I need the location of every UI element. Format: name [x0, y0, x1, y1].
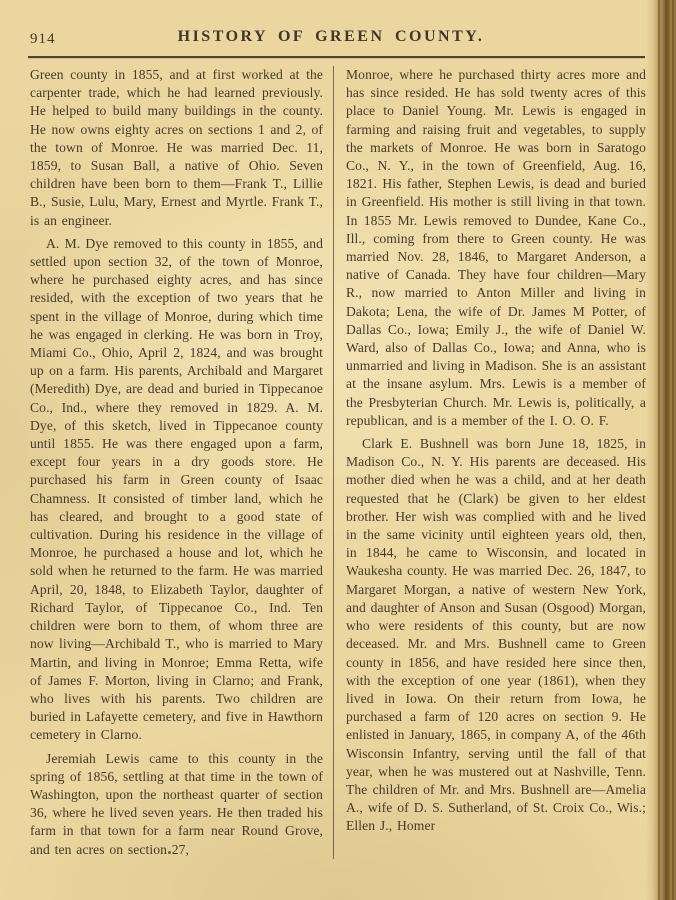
ink-speck: [168, 851, 171, 854]
book-page: 914 HISTORY OF GREEN COUNTY. Green count…: [0, 0, 676, 900]
running-header: 914 HISTORY OF GREEN COUNTY.: [30, 28, 632, 50]
right-column: Monroe, where he purchased thirty acres …: [334, 66, 646, 859]
text-columns: Green county in 1855, and at first worke…: [30, 66, 646, 859]
page-edge-line: [658, 0, 660, 900]
paragraph: Jeremiah Lewis came to this county in th…: [30, 750, 323, 859]
left-column: Green county in 1855, and at first worke…: [30, 66, 334, 859]
paragraph: A. M. Dye removed to this county in 1855…: [30, 235, 323, 745]
paragraph: Monroe, where he purchased thirty acres …: [346, 66, 646, 430]
header-rule: [28, 56, 645, 58]
paragraph: Clark E. Bushnell was born June 18, 1825…: [346, 435, 646, 835]
paragraph: Green county in 1855, and at first worke…: [30, 66, 323, 230]
running-header-title: HISTORY OF GREEN COUNTY.: [30, 28, 632, 46]
book-fore-edge: [646, 0, 676, 900]
